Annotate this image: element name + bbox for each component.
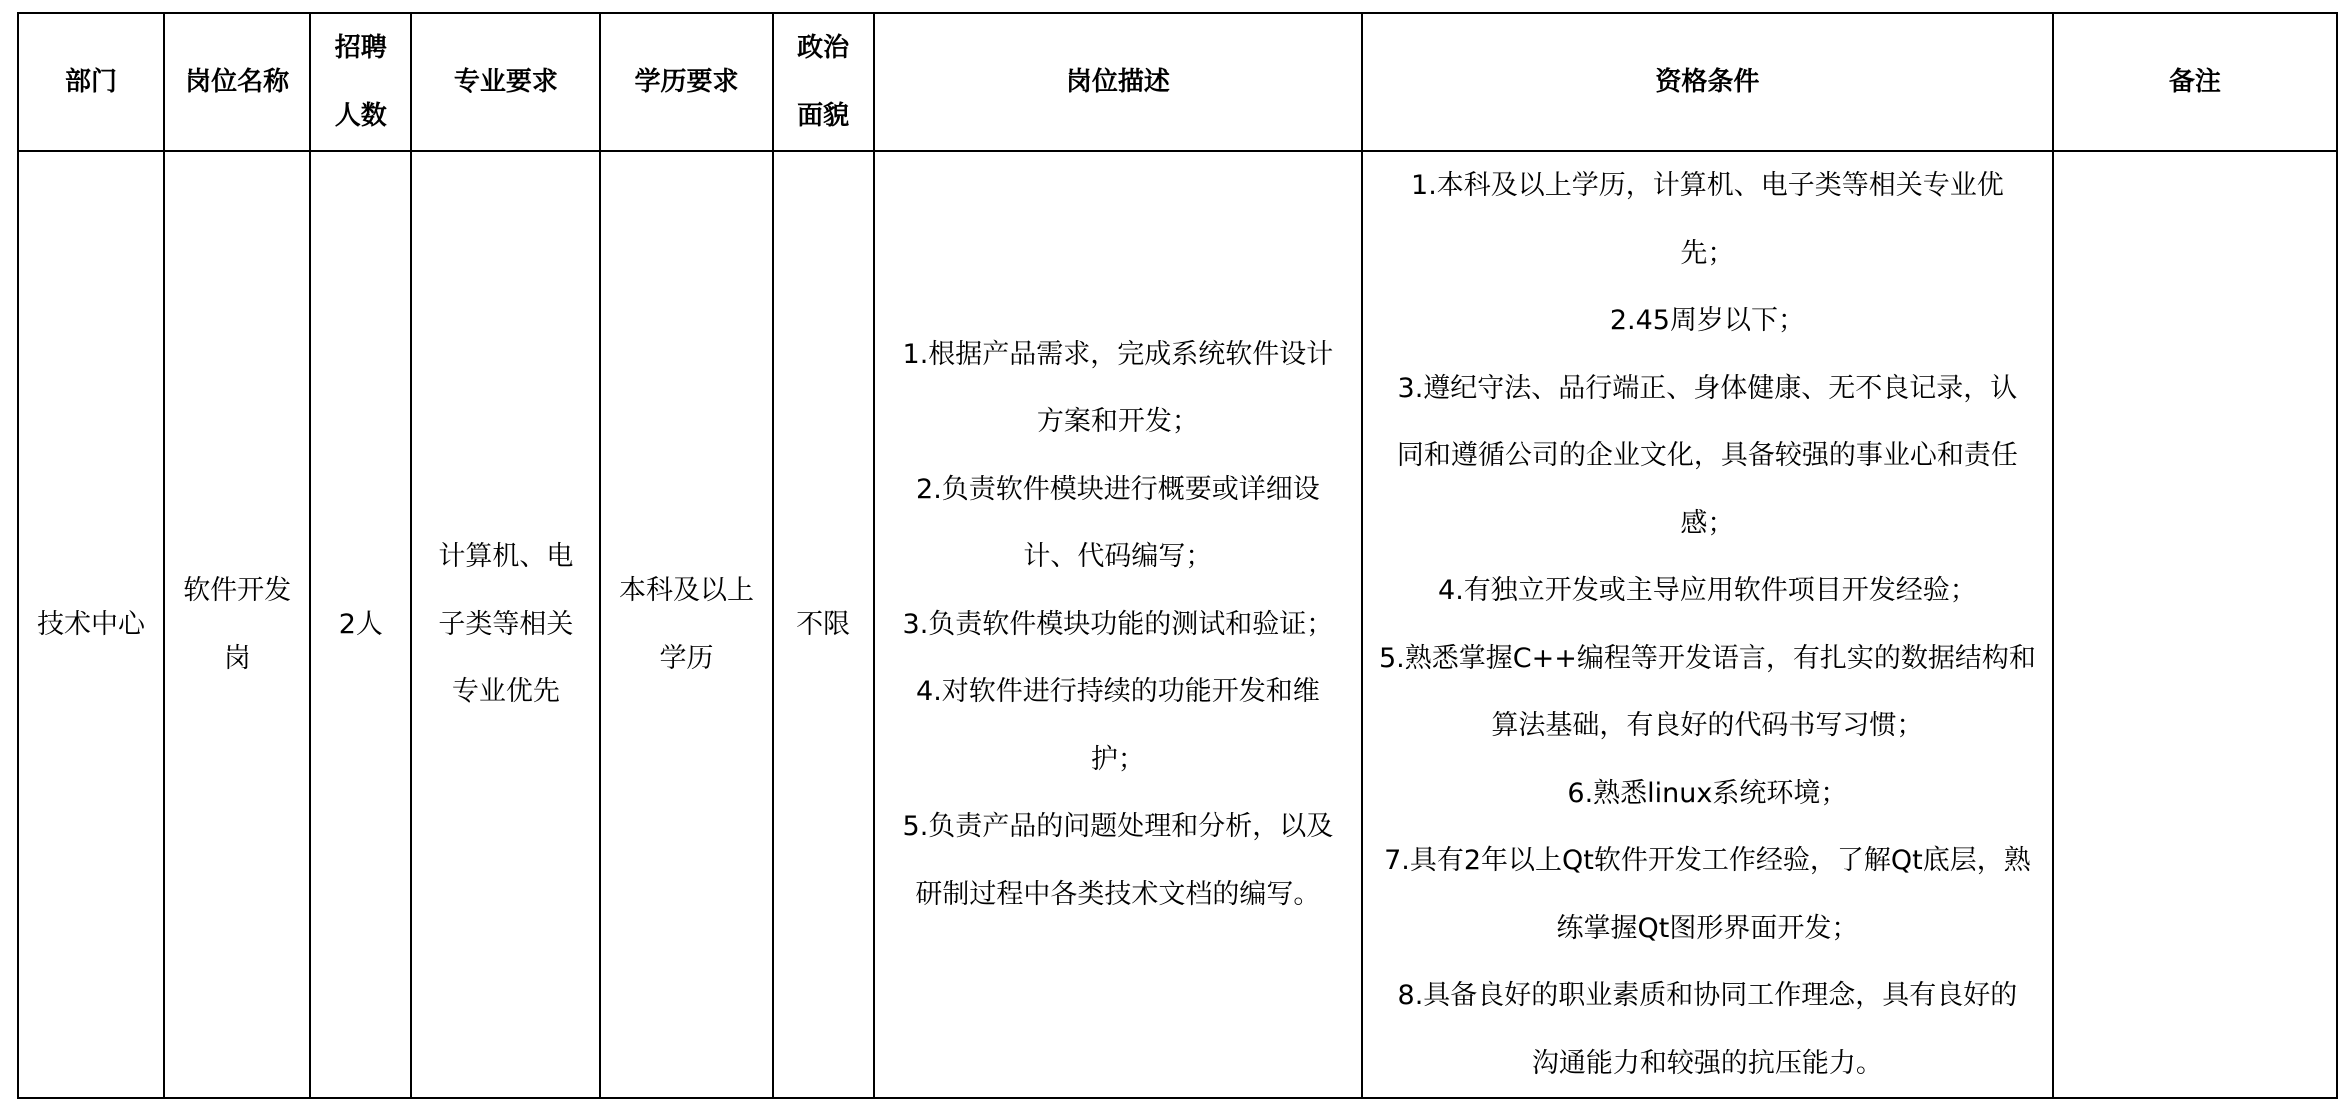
header-dept-label: 部门 bbox=[19, 48, 163, 116]
header-count: 招聘 人数 bbox=[310, 13, 411, 151]
cell-major: 计算机、电 子类等相关 专业优先 bbox=[411, 151, 600, 1098]
description-line-5: 3.负责软件模块功能的测试和验证； bbox=[875, 591, 1361, 659]
header-row: 部门 岗位名称 招聘 人数 专业要求 学历要求 政治 面貌 岗位描述 bbox=[18, 13, 2337, 151]
cell-dept: 技术中心 bbox=[18, 151, 164, 1098]
qualification-line-14: 沟通能力和较强的抗压能力。 bbox=[1363, 1030, 2052, 1098]
header-description: 岗位描述 bbox=[874, 13, 1362, 151]
qualification-line-5: 同和遵循公司的企业文化，具备较强的事业心和责任 bbox=[1363, 422, 2052, 490]
qualification-line-7: 4.有独立开发或主导应用软件项目开发经验； bbox=[1363, 557, 2052, 625]
qualification-line-6: 感； bbox=[1363, 490, 2052, 558]
qualification-line-4: 3.遵纪守法、品行端正、身体健康、无不良记录，认 bbox=[1363, 355, 2052, 423]
header-notes: 备注 bbox=[2053, 13, 2337, 151]
description-line-9: 研制过程中各类技术文档的编写。 bbox=[875, 861, 1361, 929]
major-text-line2: 子类等相关 bbox=[412, 591, 599, 659]
cell-count: 2人 bbox=[310, 151, 411, 1098]
cell-description: 1.根据产品需求，完成系统软件设计 方案和开发； 2.负责软件模块进行概要或详细… bbox=[874, 151, 1362, 1098]
description-line-2: 方案和开发； bbox=[875, 388, 1361, 456]
count-text: 2人 bbox=[311, 591, 410, 659]
political-text: 不限 bbox=[774, 591, 873, 659]
header-major: 专业要求 bbox=[411, 13, 600, 151]
dept-text: 技术中心 bbox=[19, 591, 163, 659]
header-count-label-line1: 招聘 bbox=[311, 14, 410, 82]
education-text-line1: 本科及以上 bbox=[601, 557, 771, 625]
qualification-line-3: 2.45周岁以下； bbox=[1363, 287, 2052, 355]
qualification-line-10: 6.熟悉linux系统环境； bbox=[1363, 760, 2052, 828]
header-count-label-line2: 人数 bbox=[311, 82, 410, 150]
qualification-line-9: 算法基础，有良好的代码书写习惯； bbox=[1363, 692, 2052, 760]
cell-notes bbox=[2053, 151, 2337, 1098]
description-line-3: 2.负责软件模块进行概要或详细设 bbox=[875, 456, 1361, 524]
header-position: 岗位名称 bbox=[164, 13, 310, 151]
qualification-line-8: 5.熟悉掌握C++编程等开发语言，有扎实的数据结构和 bbox=[1363, 625, 2052, 693]
education-text-line2: 学历 bbox=[601, 625, 771, 693]
description-line-8: 5.负责产品的问题处理和分析，以及 bbox=[875, 793, 1361, 861]
description-line-1: 1.根据产品需求，完成系统软件设计 bbox=[875, 321, 1361, 389]
recruitment-table: 部门 岗位名称 招聘 人数 专业要求 学历要求 政治 面貌 岗位描述 bbox=[17, 12, 2338, 1099]
qualification-line-1: 1.本科及以上学历，计算机、电子类等相关专业优 bbox=[1363, 152, 2052, 220]
position-text-line2: 岗 bbox=[165, 625, 309, 693]
major-text-line1: 计算机、电 bbox=[412, 523, 599, 591]
cell-position: 软件开发 岗 bbox=[164, 151, 310, 1098]
table-row: 技术中心 软件开发 岗 2人 计算机、电 子类等相关 专业优先 本科及以上 学历… bbox=[18, 151, 2337, 1098]
header-position-label: 岗位名称 bbox=[165, 48, 309, 116]
cell-political: 不限 bbox=[773, 151, 874, 1098]
header-education: 学历要求 bbox=[600, 13, 772, 151]
position-text-line1: 软件开发 bbox=[165, 557, 309, 625]
header-political: 政治 面貌 bbox=[773, 13, 874, 151]
qualification-line-13: 8.具备良好的职业素质和协同工作理念，具有良好的 bbox=[1363, 962, 2052, 1030]
header-description-label: 岗位描述 bbox=[875, 48, 1361, 116]
header-dept: 部门 bbox=[18, 13, 164, 151]
description-line-4: 计、代码编写； bbox=[875, 523, 1361, 591]
major-text-line3: 专业优先 bbox=[412, 658, 599, 726]
cell-education: 本科及以上 学历 bbox=[600, 151, 772, 1098]
header-notes-label: 备注 bbox=[2054, 48, 2336, 116]
header-qualifications-label: 资格条件 bbox=[1363, 48, 2052, 116]
header-political-label-line1: 政治 bbox=[774, 14, 873, 82]
qualification-line-12: 练掌握Qt图形界面开发； bbox=[1363, 895, 2052, 963]
description-line-7: 护； bbox=[875, 726, 1361, 794]
qualification-line-2: 先； bbox=[1363, 220, 2052, 288]
header-major-label: 专业要求 bbox=[412, 48, 599, 116]
cell-qualifications: 1.本科及以上学历，计算机、电子类等相关专业优 先； 2.45周岁以下； 3.遵… bbox=[1362, 151, 2053, 1098]
header-qualifications: 资格条件 bbox=[1362, 13, 2053, 151]
qualification-line-11: 7.具有2年以上Qt软件开发工作经验，了解Qt底层，熟 bbox=[1363, 827, 2052, 895]
header-education-label: 学历要求 bbox=[601, 48, 771, 116]
header-political-label-line2: 面貌 bbox=[774, 82, 873, 150]
description-line-6: 4.对软件进行持续的功能开发和维 bbox=[875, 658, 1361, 726]
